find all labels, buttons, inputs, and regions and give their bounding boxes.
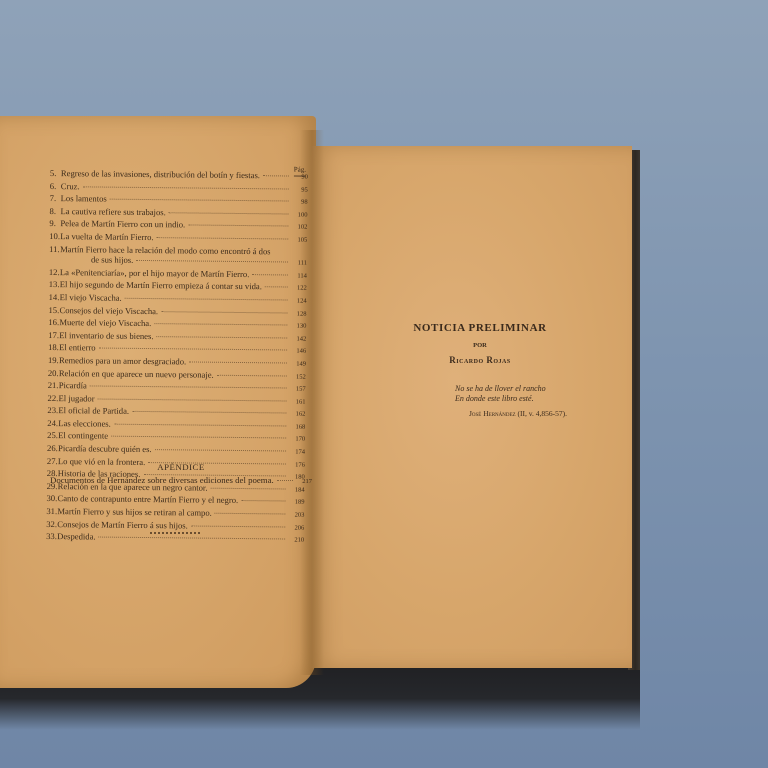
toc-entry-number: 21. xyxy=(48,380,59,391)
toc-entry-number: 24. xyxy=(47,418,58,429)
toc-entry-number: 32. xyxy=(46,519,57,530)
toc-entry-title: El entierro xyxy=(59,342,96,353)
toc-entry-page: 114 xyxy=(291,271,307,282)
epigraph-source: José Hernández (II, v. 4,856-57). xyxy=(455,409,605,419)
leader-dots xyxy=(161,311,287,313)
leader-dots xyxy=(265,287,288,288)
leader-dots xyxy=(210,488,285,490)
notice-heading-block: NOTICIA PRELIMINAR POR Ricardo Rojas xyxy=(380,322,580,365)
appendix-entry-title: Documentos de Hernández sobre diversas e… xyxy=(50,475,274,485)
toc-entry-page: 98 xyxy=(292,198,308,209)
toc-entry-number: 13. xyxy=(49,279,60,290)
toc-entry-page: 161 xyxy=(290,397,306,408)
toc-entry-title: Canto de contrapunto entre Martín Fierro… xyxy=(57,494,238,506)
toc-entry-title: Remedios para un amor desgraciado. xyxy=(59,355,186,367)
toc-entry-title: Muerte del viejo Viscacha. xyxy=(59,317,151,329)
toc-entry-title: El jugador xyxy=(59,393,95,404)
toc-entry-number: 6. xyxy=(50,181,61,192)
leader-dots xyxy=(132,411,286,414)
toc-entry-number: 23. xyxy=(47,405,58,416)
toc-entry-number: 19. xyxy=(48,355,59,366)
notice-title: NOTICIA PRELIMINAR xyxy=(380,322,580,334)
toc-entry-number: 12. xyxy=(49,267,60,278)
toc-entry-title: El inventario de sus bienes. xyxy=(59,330,153,342)
toc-entry-page: 152 xyxy=(290,372,306,383)
toc-entry-title: La vuelta de Martín Fierro. xyxy=(60,231,153,243)
toc-entry-page: 130 xyxy=(290,322,306,333)
notice-author: Ricardo Rojas xyxy=(380,355,580,365)
leader-dots xyxy=(252,274,288,275)
toc-entry-number: 18. xyxy=(48,342,59,353)
toc-entry-title: Martín Fierro y sus hijos se retiran al … xyxy=(57,506,212,518)
toc-entry-title: Regreso de las invasiones, distribución … xyxy=(61,168,260,181)
toc-entry-number: 14. xyxy=(49,292,60,303)
toc-entry-page: 168 xyxy=(289,422,305,433)
toc-entry-number: 10. xyxy=(49,231,60,242)
toc-entry-page: 184 xyxy=(289,485,305,496)
toc-entry-title: Consejos del viejo Viscacha. xyxy=(59,305,158,317)
toc-entry-number: 30. xyxy=(46,493,57,504)
toc-entry-title: El oficial de Partida. xyxy=(58,405,129,416)
leader-dots xyxy=(136,260,288,263)
toc-entry-title: El contingente xyxy=(58,431,108,442)
toc-entry-number: 11. xyxy=(49,244,60,255)
toc-entry-title: El hijo segundo de Martín Fierro empieza… xyxy=(60,279,262,292)
toc-entry-page: 149 xyxy=(290,359,306,370)
toc-entry-number: 15. xyxy=(48,305,59,316)
toc-entry-number: 25. xyxy=(47,430,58,441)
leader-dots xyxy=(157,336,288,338)
toc-entry-page: 124 xyxy=(291,296,307,307)
toc-entry-number: 26. xyxy=(47,443,58,454)
toc-entry-page: 170 xyxy=(289,435,305,446)
toc-entry-title: La cautiva refiere sus trabajos. xyxy=(60,206,165,218)
toc-entry-title-continued: de sus hijos. xyxy=(91,255,133,266)
appendix-heading: APÉNDICE xyxy=(50,462,312,472)
leader-dots xyxy=(90,386,287,389)
leader-dots xyxy=(241,500,285,501)
toc-entry-page: 142 xyxy=(290,334,306,345)
toc-entry-page: 157 xyxy=(290,385,306,396)
epigraph-source-author: José Hernández xyxy=(469,409,516,418)
epigraph-line: En donde este libro esté. xyxy=(455,394,605,404)
toc-entry-title: Despedida. xyxy=(57,531,96,542)
leader-dots xyxy=(99,348,287,351)
leader-dots xyxy=(125,298,288,301)
toc-entry-title: Los lamentos xyxy=(61,193,107,204)
epigraph-line: No se ha de llover el rancho xyxy=(455,384,605,394)
toc-entry-page: 210 xyxy=(288,536,304,547)
appendix-section: APÉNDICE Documentos de Hernández sobre d… xyxy=(50,462,312,485)
leader-dots xyxy=(169,212,289,214)
toc-entry-number: 8. xyxy=(49,206,60,217)
toc-entry-page: 122 xyxy=(291,284,307,295)
toc-entry-page: 189 xyxy=(288,498,304,509)
leader-dots xyxy=(98,398,287,401)
toc-entry-number: 7. xyxy=(50,193,61,204)
leader-dots xyxy=(111,436,286,439)
leader-dots xyxy=(277,480,293,481)
leader-dots xyxy=(155,449,286,451)
leader-dots xyxy=(217,374,287,376)
epigraph-source-ref: (II, v. 4,856-57). xyxy=(517,409,567,418)
toc-entry-page: 203 xyxy=(288,511,304,522)
toc-entry-page: 128 xyxy=(290,309,306,320)
toc-entry-title: El viejo Viscacha. xyxy=(60,292,122,303)
toc-entry-page: 174 xyxy=(289,448,305,459)
toc-entry-title: Picardía xyxy=(59,380,87,391)
leader-dots xyxy=(157,237,289,239)
leader-dots xyxy=(99,537,286,540)
toc-entry-number: 5. xyxy=(50,168,61,179)
leader-dots xyxy=(188,225,288,227)
toc-entry-number: 17. xyxy=(48,330,59,341)
toc-entry-number: 9. xyxy=(49,218,60,229)
epigraph: No se ha de llover el rancho En donde es… xyxy=(455,384,605,419)
toc-entry-number: 33. xyxy=(46,531,57,542)
toc-entry-page: 206 xyxy=(288,523,304,534)
toc-entry-number: 16. xyxy=(48,317,59,328)
table-of-contents: Pág. 5.Regreso de las invasiones, distri… xyxy=(46,168,308,546)
toc-entry-number: 22. xyxy=(48,393,59,404)
leader-dots xyxy=(154,323,287,325)
leader-dots xyxy=(263,175,289,176)
toc-entry-number: 31. xyxy=(46,506,57,517)
leader-dots xyxy=(110,199,289,202)
appendix-entry-page: 217 xyxy=(296,478,312,485)
leader-dots xyxy=(83,186,289,189)
toc-entry-title: Cruz. xyxy=(61,181,80,192)
ornament-divider xyxy=(150,528,200,534)
leader-dots xyxy=(189,361,287,363)
appendix-entry: Documentos de Hernández sobre diversas e… xyxy=(50,475,312,485)
toc-entry-title: Pelea de Martín Fierro con un indio. xyxy=(60,218,185,230)
toc-entry-page: 146 xyxy=(290,347,306,358)
toc-entry-page: 102 xyxy=(291,223,307,234)
leader-dots xyxy=(191,525,285,527)
leader-dots xyxy=(114,424,287,427)
toc-entry-page: 105 xyxy=(291,235,307,246)
toc-entry-title: Picardía descubre quién es. xyxy=(58,443,152,455)
toc-entry-title: La «Penitenciaría», por el hijo mayor de… xyxy=(60,267,250,280)
toc-entry-title: Las elecciones. xyxy=(58,418,111,429)
toc-entry-page: 111 xyxy=(291,259,307,270)
page-column-label: Pág. xyxy=(294,165,306,177)
leader-dots xyxy=(215,513,286,515)
toc-entry-page: 95 xyxy=(292,185,308,196)
toc-entry-page: 100 xyxy=(291,210,307,221)
notice-by-label: POR xyxy=(380,342,580,349)
toc-entry-number: 20. xyxy=(48,367,59,378)
toc-entry-page: 162 xyxy=(289,410,305,421)
toc-entry-title: Relación en que aparece un nuevo persona… xyxy=(59,368,214,380)
